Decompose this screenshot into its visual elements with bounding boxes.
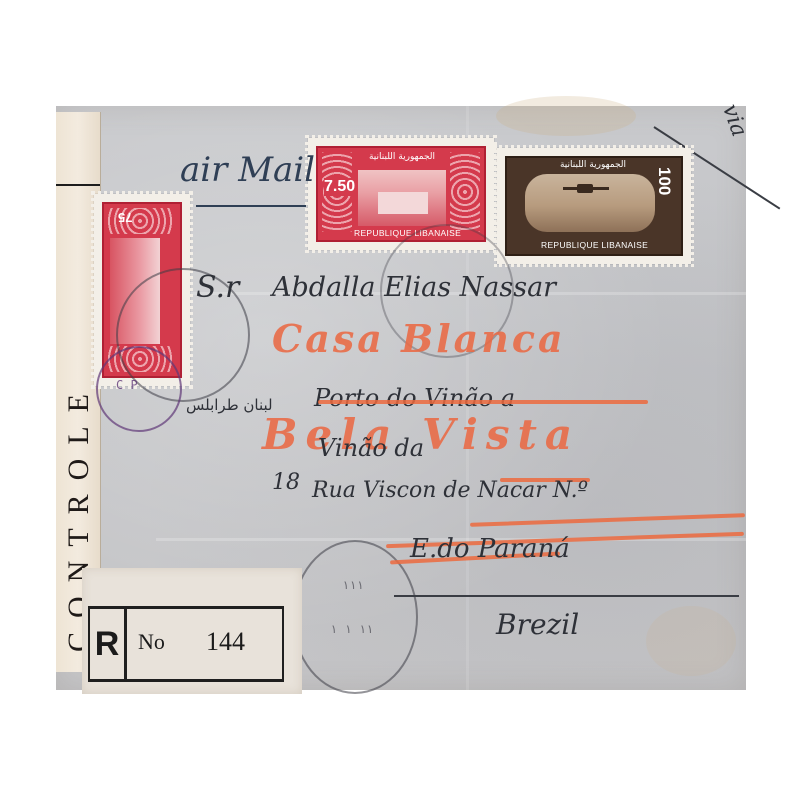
airmail-note: air Mail bbox=[180, 150, 315, 190]
arabic-note: لبنان طرابلس bbox=[186, 396, 273, 414]
stamp-100-airmail: الجمهورية اللبنانية 100 REPUBLIQUE LIBAN… bbox=[497, 148, 691, 264]
stamp-ornament bbox=[450, 152, 480, 232]
registration-prefix: No bbox=[138, 629, 165, 655]
underline bbox=[394, 595, 739, 597]
registration-label: R No 144 bbox=[82, 568, 302, 694]
stamp-scene bbox=[358, 170, 446, 226]
country-line: Brezil bbox=[496, 608, 579, 641]
address-line-3: Vinão da bbox=[318, 434, 424, 462]
stamp-value: 75 bbox=[118, 210, 132, 225]
stamp-value: 7.50 bbox=[324, 178, 352, 196]
stamp-country: REPUBLIQUE LIBANAISE bbox=[541, 240, 648, 250]
stamp-value: 100 bbox=[654, 167, 674, 193]
stain bbox=[496, 96, 636, 136]
strikethrough bbox=[318, 400, 648, 404]
registration-number: 144 bbox=[206, 627, 245, 657]
registration-letter: R bbox=[88, 609, 127, 679]
airplane-icon bbox=[563, 184, 609, 194]
address-line-2: Porto do Vinão a bbox=[314, 384, 515, 412]
street-number: 18 bbox=[272, 470, 300, 495]
registration-box: R No 144 bbox=[88, 606, 284, 682]
stamp-arabic: الجمهورية اللبنانية bbox=[543, 160, 643, 170]
censor-rule bbox=[56, 184, 100, 186]
state-line: E.do Paraná bbox=[410, 534, 570, 564]
stain bbox=[646, 606, 736, 676]
stamp-arabic: الجمهورية اللبنانية bbox=[358, 152, 446, 164]
crossed-city: Casa Blanca bbox=[272, 316, 566, 361]
street-line: Rua Viscon de Nacar N.º bbox=[312, 478, 588, 503]
stamp-scene bbox=[525, 174, 655, 232]
underline bbox=[196, 205, 306, 207]
salutation: S.r bbox=[196, 270, 239, 305]
addressee-name: Abdalla Elias Nassar bbox=[272, 272, 556, 303]
postmark-violet: C P bbox=[96, 346, 182, 432]
